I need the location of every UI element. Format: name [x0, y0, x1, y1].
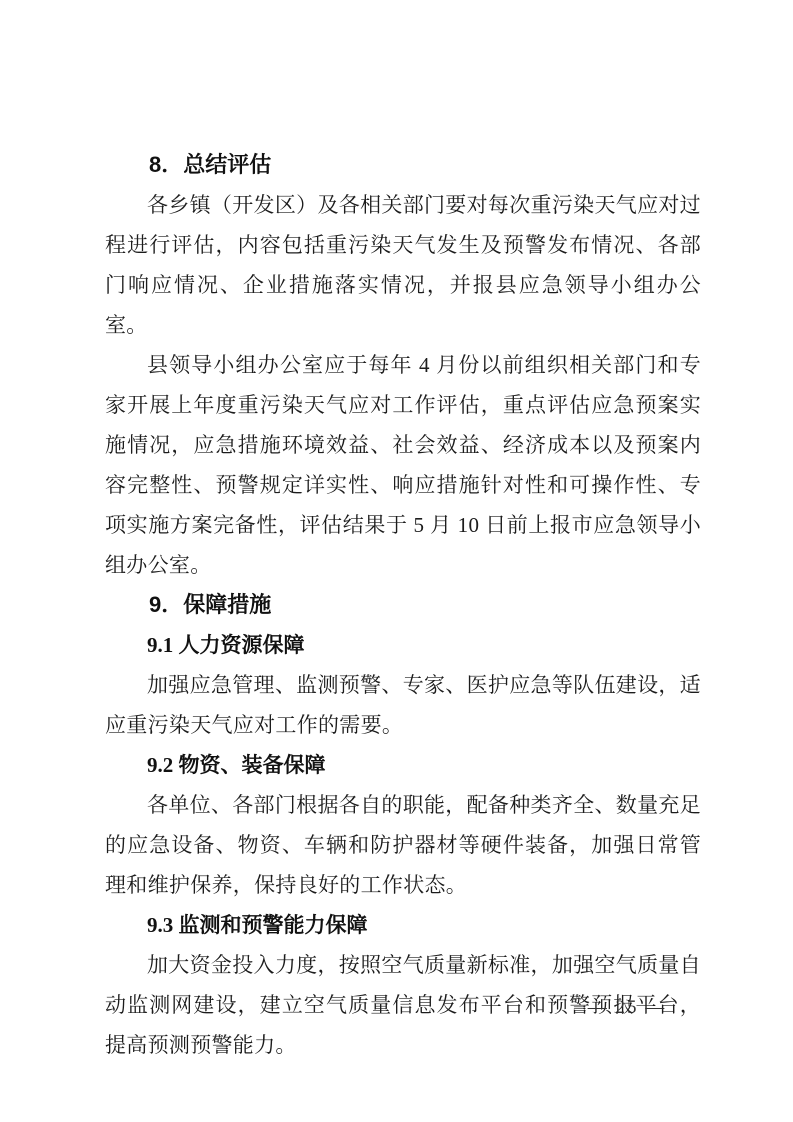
section-8-paragraph-2: 县领导小组办公室应于每年 4 月份以前组织相关部门和专家开展上年度重污染天气应对…: [105, 345, 701, 585]
section-8-heading: 8．总结评估: [105, 145, 701, 185]
section-9-2-paragraph: 各单位、各部门根据各自的职能，配备种类齐全、数量充足的应急设备、物资、车辆和防护…: [105, 785, 701, 905]
section-9-2-heading: 9.2 物资、装备保障: [105, 745, 701, 785]
section-9-3-heading: 9.3 监测和预警能力保障: [105, 905, 701, 945]
section-9-1-paragraph: 加强应急管理、监测预警、专家、医护应急等队伍建设，适应重污染天气应对工作的需要。: [105, 665, 701, 745]
document-page: 8．总结评估 各乡镇（开发区）及各相关部门要对每次重污染天气应对过程进行评估，内…: [0, 0, 793, 1122]
section-8-paragraph-1: 各乡镇（开发区）及各相关部门要对每次重污染天气应对过程进行评估，内容包括重污染天…: [105, 185, 701, 345]
document-body: 8．总结评估 各乡镇（开发区）及各相关部门要对每次重污染天气应对过程进行评估，内…: [105, 145, 701, 1065]
page-number: — 25 —: [557, 988, 697, 1028]
section-9-1-heading: 9.1 人力资源保障: [105, 625, 701, 665]
section-9-heading: 9．保障措施: [105, 585, 701, 625]
